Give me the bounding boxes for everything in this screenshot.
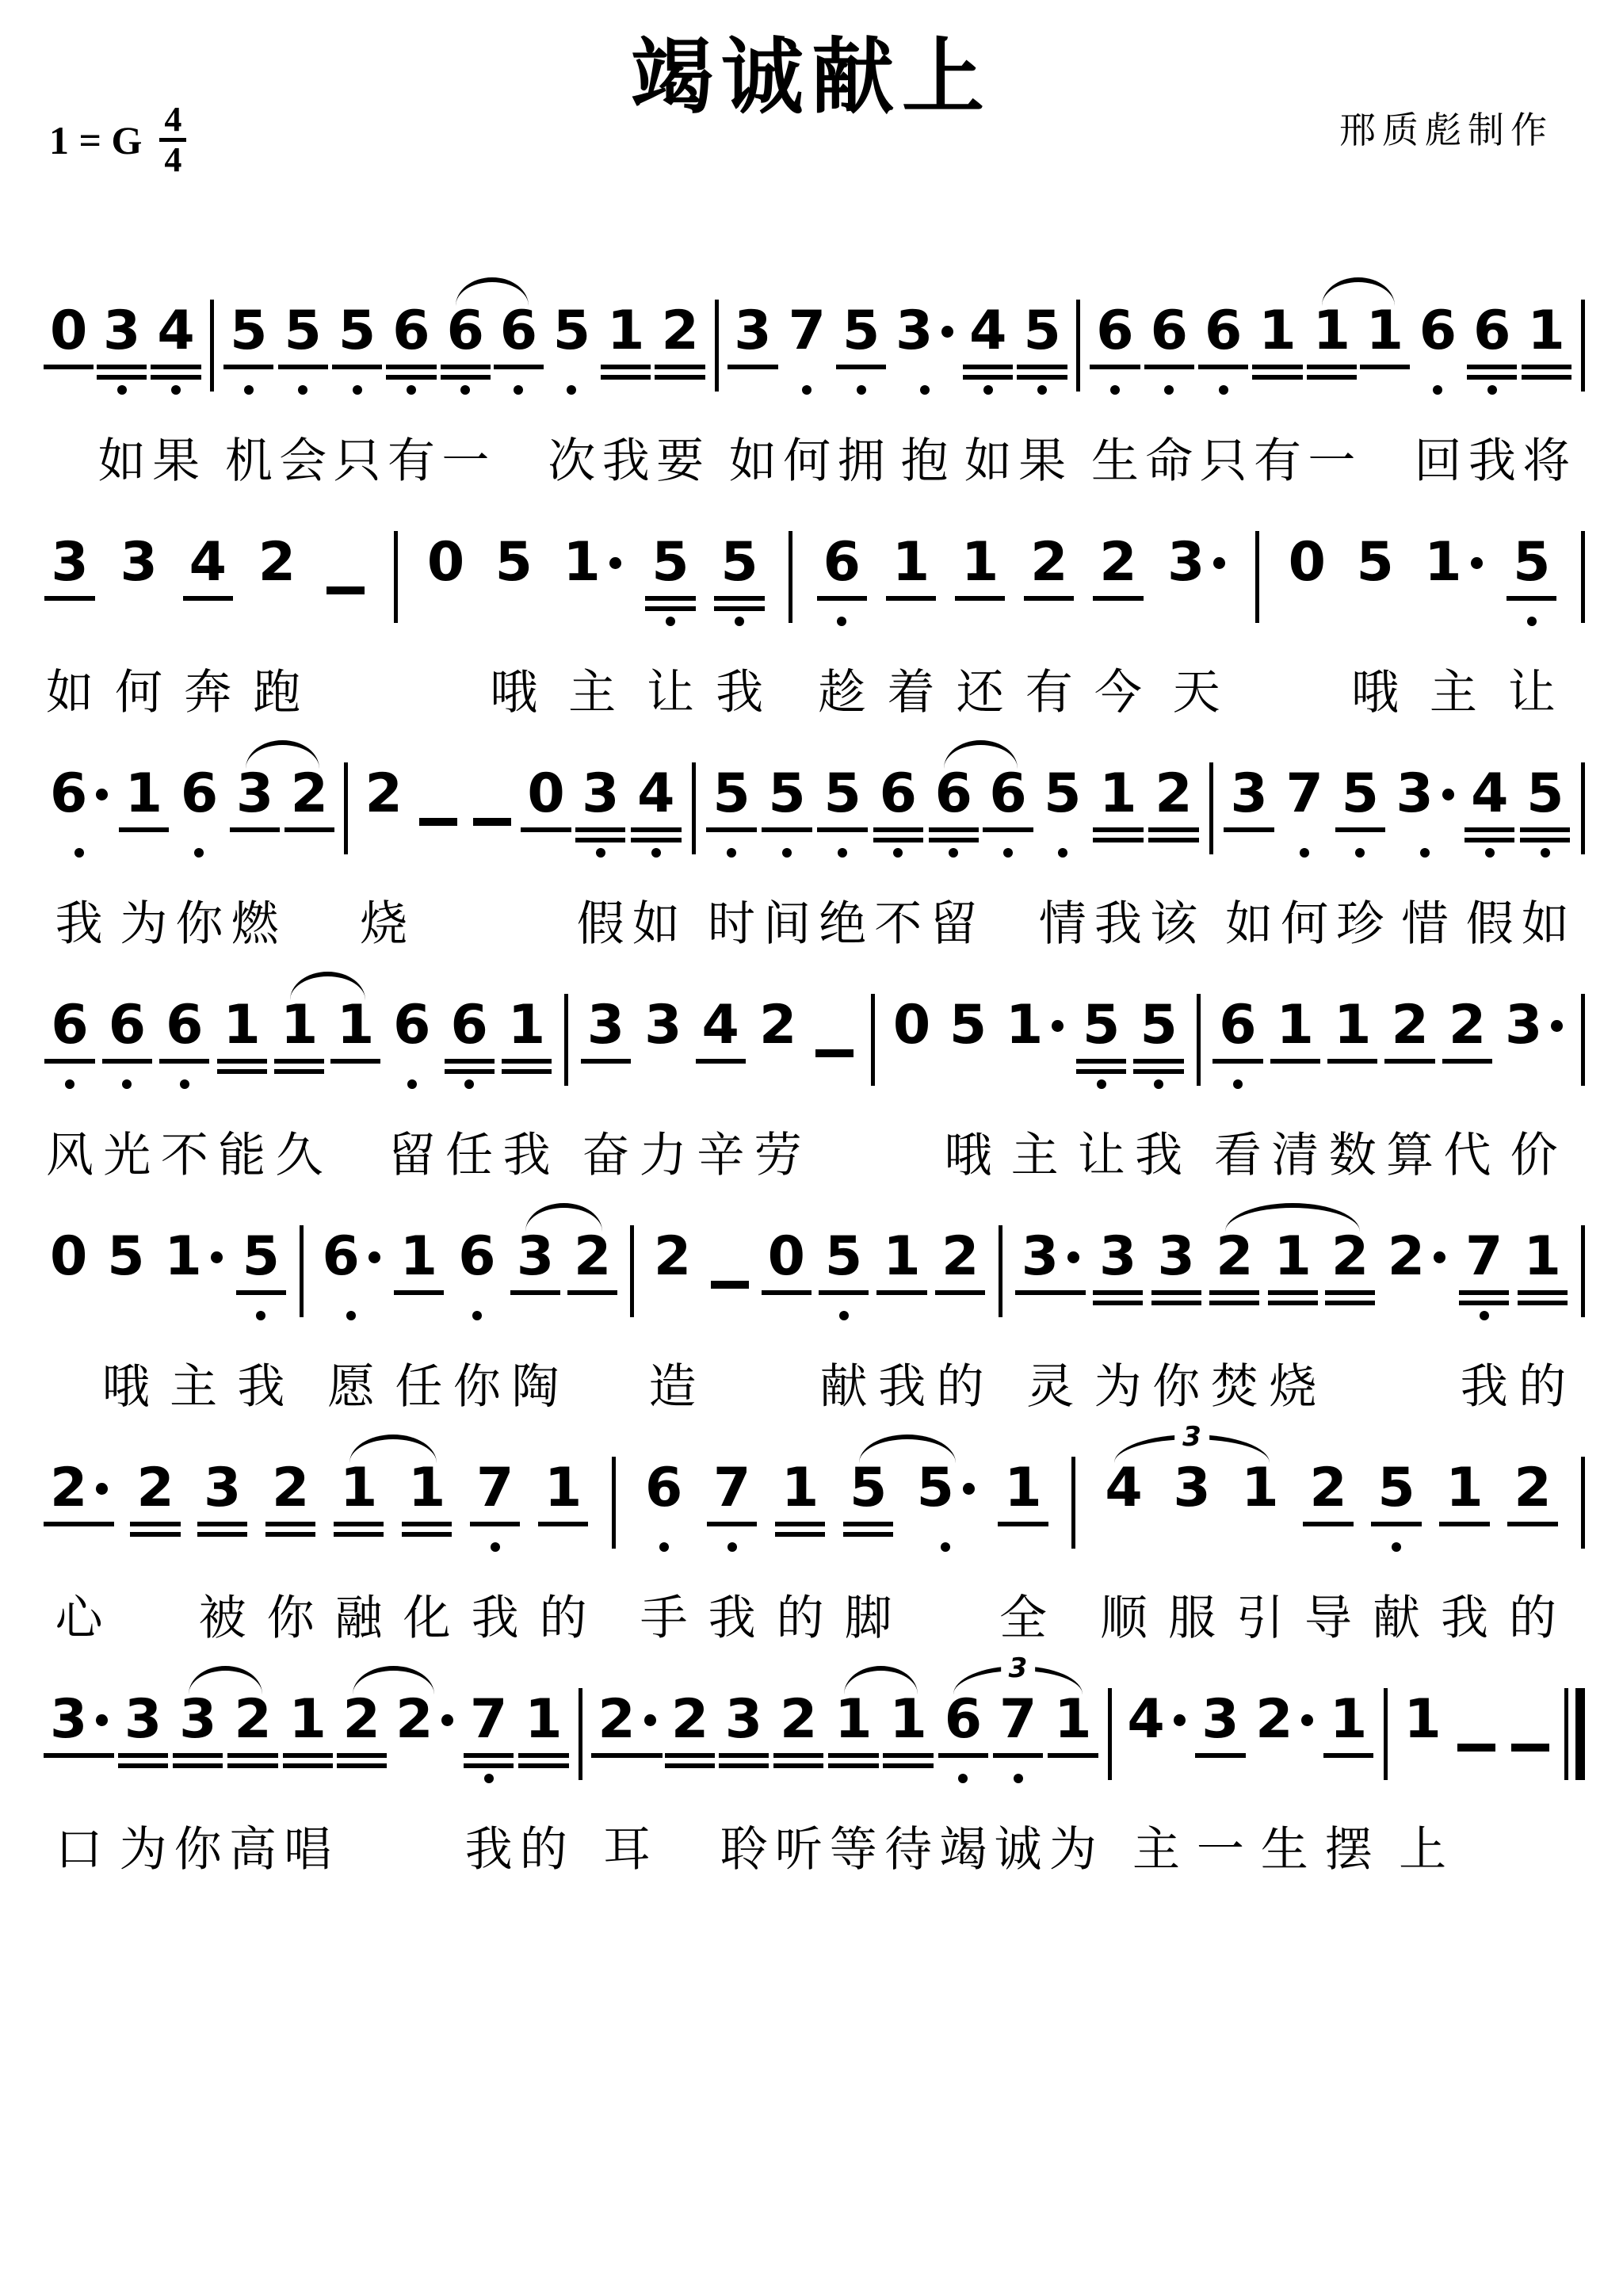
note-digit: 5 <box>1140 999 1177 1052</box>
note-digit: 1 <box>1277 999 1314 1052</box>
note-digit: 6 <box>1219 999 1256 1052</box>
note-digit: 5 <box>553 304 590 358</box>
lyric-syllable: 我 <box>878 1363 926 1411</box>
rest-note: 0 <box>521 739 571 948</box>
rest-note: 0 <box>421 507 471 716</box>
note: 2今 <box>1092 507 1144 716</box>
lyric-syllable: 抱 <box>901 437 949 485</box>
note-digit: 5 <box>242 1230 280 1284</box>
note-digit: 6 <box>1473 304 1510 358</box>
note: 3惜 <box>1389 739 1460 948</box>
note-digit: 6 <box>447 304 484 358</box>
beam-underline <box>998 1522 1048 1526</box>
barline <box>204 276 220 485</box>
lyric-syllable: 听 <box>775 1826 823 1874</box>
lyric-syllable: 的 <box>777 1595 824 1642</box>
lyric-syllable: 的 <box>937 1363 984 1411</box>
rest-note: 0 <box>1282 507 1332 716</box>
beam-underline <box>494 365 544 369</box>
lyric-syllable: 我 <box>1468 437 1516 485</box>
barline <box>572 1664 589 1874</box>
beam-underline <box>1442 1059 1492 1064</box>
note: 1全 <box>997 1433 1049 1642</box>
barline <box>1575 970 1591 1179</box>
beam-underline <box>1048 1753 1098 1758</box>
note: 5我 <box>1132 970 1185 1179</box>
beam-underline <box>173 1753 223 1758</box>
note-digit: 6 <box>458 1230 495 1284</box>
note: 4主 <box>1121 1664 1191 1874</box>
low-octave-dot <box>941 1542 950 1552</box>
lyric-syllable: 一 <box>1197 1826 1244 1874</box>
beam-underline <box>1371 1522 1421 1526</box>
lyric-syllable: 如 <box>98 437 146 485</box>
note: 3燃 <box>229 739 281 948</box>
low-octave-dot <box>666 617 675 626</box>
note-digit: 6 <box>51 999 88 1052</box>
lyric-syllable: 服 <box>1168 1595 1216 1642</box>
note: 3被 <box>197 1433 249 1642</box>
beam-underline <box>44 1059 94 1064</box>
lyric-syllable: 何 <box>1281 900 1328 948</box>
low-octave-dot <box>958 1774 968 1783</box>
beam-underline <box>97 365 147 369</box>
lyric-syllable: 你 <box>175 900 223 948</box>
barline-mark <box>1581 531 1585 623</box>
note: 5间 <box>761 739 813 948</box>
barline-mark <box>210 300 214 392</box>
beam-underline <box>1093 1290 1143 1295</box>
note: 4果 <box>150 276 202 485</box>
dash-mark <box>473 818 511 826</box>
low-octave-dot <box>920 385 930 395</box>
note-digit: 3 <box>1167 536 1205 590</box>
beam-underline <box>762 1290 811 1295</box>
note: 2要 <box>654 276 706 485</box>
note: 6任 <box>443 970 495 1179</box>
note: 6看 <box>1212 970 1264 1179</box>
note-digit: 5 <box>712 767 750 821</box>
low-octave-dot <box>1485 848 1495 858</box>
beam-underline <box>230 827 280 832</box>
low-octave-dot <box>484 1774 494 1783</box>
beam-underline <box>963 365 1013 369</box>
beam-underline <box>159 1059 209 1064</box>
note-digit: 5 <box>850 1461 887 1515</box>
beam-underline <box>938 1753 988 1758</box>
lyric-syllable: 的 <box>540 1595 587 1642</box>
note: 5让 <box>644 507 697 716</box>
note: 5哦 <box>100 1201 152 1411</box>
dash-extension <box>705 1201 755 1411</box>
beam-underline <box>935 1290 985 1295</box>
barline-mark <box>1581 1225 1585 1317</box>
rest-note: 0 <box>887 970 937 1179</box>
beam-underline <box>334 1532 384 1537</box>
note: 2 <box>567 1201 617 1411</box>
note: 4辛 <box>694 970 747 1179</box>
beam-underline <box>151 375 200 380</box>
beam-underline <box>334 1522 384 1526</box>
beam-underline <box>1090 365 1140 369</box>
note-digit: 5 <box>1083 999 1120 1052</box>
note: 1我 <box>501 970 553 1179</box>
beam-underline <box>518 1753 568 1758</box>
note: 5机 <box>223 276 275 485</box>
note-digit: 2 <box>1449 999 1486 1052</box>
barline-mark <box>715 300 719 392</box>
lyric-syllable: 被 <box>199 1595 246 1642</box>
lyric-syllable: 哦 <box>102 1363 150 1411</box>
note: 3如 <box>1223 739 1275 948</box>
note: 5会 <box>277 276 329 485</box>
note-digit: 3 <box>50 1693 87 1747</box>
lyric-syllable: 主 <box>1430 669 1477 716</box>
low-octave-dot <box>472 1311 482 1320</box>
lyric-syllable: 你 <box>267 1595 315 1642</box>
lyric-syllable: 要 <box>656 437 704 485</box>
note: 5只 <box>331 276 384 485</box>
note: 6留 <box>386 970 438 1179</box>
note: 6不 <box>158 970 211 1179</box>
note-digit: 0 <box>1289 536 1326 590</box>
beam-underline <box>44 1522 114 1526</box>
music-lines-container: 03如4果5机5会5只6有6一65次1我2要3如7何5拥3抱4如5果6生6命6只… <box>44 276 1591 1896</box>
note-digit: 3 <box>1022 1230 1059 1284</box>
note-digit: 3 <box>1230 767 1267 821</box>
low-octave-dot <box>1097 1079 1106 1089</box>
note: 1化 <box>401 1433 453 1642</box>
lyric-syllable: 何 <box>783 437 831 485</box>
augmentation-dot <box>941 326 953 338</box>
key-signature: 1 = G 4 4 <box>49 101 186 178</box>
note: 6我 <box>1466 276 1518 485</box>
note: 1 <box>1360 276 1410 485</box>
beam-underline <box>283 1763 333 1768</box>
note: 6 <box>494 276 544 485</box>
note: 2 <box>337 1664 387 1874</box>
beam-underline <box>441 365 491 369</box>
note-digit: 6 <box>50 767 87 821</box>
beam-underline <box>510 1290 560 1295</box>
note-digit: 2 <box>759 999 796 1052</box>
note: 3为 <box>1092 1201 1144 1411</box>
lyric-syllable: 我 <box>1441 1595 1488 1642</box>
low-octave-dot <box>1392 1542 1401 1552</box>
note: 1的 <box>517 1664 570 1874</box>
note-digit: 1 <box>1445 1461 1483 1515</box>
barline <box>992 1201 1009 1411</box>
note-digit: 5 <box>949 999 987 1052</box>
lyric-syllable: 任 <box>445 1132 493 1179</box>
beam-underline <box>1439 1522 1489 1526</box>
note-digit: 1 <box>1274 1230 1312 1284</box>
note-digit: 1 <box>781 1461 819 1515</box>
note-digit: 2 <box>1155 767 1192 821</box>
note-digit: 5 <box>768 767 805 821</box>
note-digit: 5 <box>1526 767 1564 821</box>
lyric-syllable: 只 <box>334 437 381 485</box>
lyric-syllable: 献 <box>1373 1595 1420 1642</box>
note-digit: 6 <box>1419 304 1457 358</box>
barline <box>1575 276 1591 485</box>
low-octave-dot <box>651 848 661 858</box>
beam-underline <box>873 838 923 842</box>
beam-underline <box>1467 375 1517 380</box>
beam-underline <box>762 827 811 832</box>
beam-underline <box>337 1753 387 1758</box>
music-line-2: 3如3何4奔2跑05哦1主5让5我6趁1着1还2有2今3天05哦1主5让 <box>44 507 1591 716</box>
note-digit: 2 <box>136 1461 174 1515</box>
lyric-syllable: 绝 <box>819 900 866 948</box>
note: 6不 <box>872 739 924 948</box>
note-digit: 5 <box>1356 536 1393 590</box>
note: 4如 <box>962 276 1014 485</box>
lyric-syllable: 你 <box>453 1363 501 1411</box>
beam-underline <box>601 365 651 369</box>
note-digit: 5 <box>1023 304 1060 358</box>
note-digit: 1 <box>508 999 545 1052</box>
note: 6风 <box>44 970 96 1179</box>
final-barline-mark <box>1564 1688 1585 1780</box>
note-digit: 1 <box>1366 304 1403 358</box>
lyric-syllable: 奔 <box>184 669 231 716</box>
low-octave-dot <box>514 385 523 395</box>
low-octave-dot <box>802 385 811 395</box>
beam-underline <box>394 1290 444 1295</box>
beam-underline <box>502 1069 552 1074</box>
note-digit: 6 <box>1205 304 1242 358</box>
low-octave-dot <box>1233 1079 1243 1089</box>
note: 3如 <box>96 276 148 485</box>
beam-underline <box>1520 838 1570 842</box>
note-digit: 1 <box>961 536 999 590</box>
beam-underline <box>183 596 233 601</box>
lyric-syllable: 如 <box>632 900 680 948</box>
lyric-syllable: 的 <box>1518 1363 1566 1411</box>
low-octave-dot <box>1058 848 1067 858</box>
note-digit: 5 <box>1342 767 1379 821</box>
lyric-syllable: 焚 <box>1211 1363 1258 1411</box>
beam-underline <box>1252 365 1302 369</box>
beam-underline <box>696 1059 746 1064</box>
beam-underline <box>1323 1753 1373 1758</box>
note: 4如 <box>630 739 682 948</box>
lyric-syllable: 何 <box>115 669 162 716</box>
note-digit: 1 <box>1006 999 1043 1052</box>
lyric-syllable: 不 <box>161 1132 208 1179</box>
beam-underline <box>445 1059 495 1064</box>
barline-mark <box>579 1688 582 1780</box>
note-digit: 2 <box>395 1693 433 1747</box>
low-octave-dot <box>407 385 416 395</box>
beam-underline <box>217 1069 267 1074</box>
lyric-syllable: 你 <box>174 1826 222 1874</box>
note-digit: 5 <box>107 1230 144 1284</box>
beam-underline <box>929 827 979 832</box>
note: 6 <box>983 739 1033 948</box>
note: 3为 <box>117 1664 170 1874</box>
note-digit: 2 <box>1331 1230 1369 1284</box>
low-octave-dot <box>857 385 866 395</box>
lyric-syllable: 烧 <box>360 900 407 948</box>
note: 3天 <box>1161 507 1232 716</box>
note: 2高 <box>227 1664 279 1874</box>
note: 2该 <box>1148 739 1200 948</box>
note-digit: 5 <box>917 1461 954 1515</box>
note: 2 <box>1381 1201 1452 1411</box>
note-digit: 6 <box>322 1230 359 1284</box>
beam-underline <box>1076 1069 1126 1074</box>
lyric-syllable: 上 <box>1399 1826 1446 1874</box>
note: 1还 <box>954 507 1006 716</box>
beam-underline <box>714 596 764 601</box>
lyric-syllable: 你 <box>1152 1363 1200 1411</box>
note-digit: 6 <box>945 1693 982 1747</box>
note: 2跑 <box>250 507 303 716</box>
note-digit: 3 <box>124 1693 162 1747</box>
note: 1 <box>330 970 380 1179</box>
lyric-syllable: 生 <box>1091 437 1139 485</box>
beam-underline <box>278 365 328 369</box>
dash-mark <box>419 818 457 826</box>
lyric-syllable: 我 <box>708 1595 756 1642</box>
beam-underline <box>883 1763 933 1768</box>
barline <box>865 970 881 1179</box>
lyric-syllable: 我 <box>1094 900 1142 948</box>
beam-underline <box>645 596 695 601</box>
note-digit: 2 <box>1099 536 1136 590</box>
low-octave-dot <box>353 385 362 395</box>
beam-underline <box>1017 375 1067 380</box>
lyric-syllable: 献 <box>820 1363 868 1411</box>
note: 3如 <box>727 276 779 485</box>
note: 5哦 <box>487 507 540 716</box>
note-digit: 6 <box>645 1461 682 1515</box>
note-digit: 7 <box>999 1693 1037 1747</box>
note-digit: 2 <box>258 536 296 590</box>
beam-underline <box>819 1290 869 1295</box>
beam-underline <box>332 365 382 369</box>
note-digit: 1 <box>1099 767 1136 821</box>
beam-underline <box>1209 1301 1259 1305</box>
note-digit: 2 <box>1255 1693 1293 1747</box>
low-octave-dot <box>1433 385 1442 395</box>
note: 6手 <box>638 1433 690 1642</box>
beam-underline <box>1093 1301 1143 1305</box>
note: 1摆 <box>1323 1664 1375 1874</box>
note-digit: 3 <box>644 999 682 1052</box>
note: 1主 <box>999 970 1070 1179</box>
lyric-syllable: 间 <box>763 900 811 948</box>
beam-underline <box>1465 827 1514 832</box>
note-digit: 0 <box>50 1230 87 1284</box>
beam-underline <box>283 1753 333 1758</box>
note: 6一 <box>439 276 491 485</box>
note-digit: 1 <box>834 1693 872 1747</box>
beam-underline <box>1467 365 1517 369</box>
beam-underline <box>707 1522 757 1526</box>
note: 2代 <box>1442 970 1494 1179</box>
beam-underline <box>1093 838 1143 842</box>
note-digit: 6 <box>181 767 218 821</box>
barline-mark <box>1255 531 1259 623</box>
barline-mark <box>789 531 792 623</box>
note: 5绝 <box>816 739 869 948</box>
note-digit: 2 <box>1514 1461 1551 1515</box>
beam-underline <box>828 1763 878 1768</box>
barline-mark <box>1384 1688 1388 1780</box>
note: 1的 <box>537 1433 590 1642</box>
note-digit: 6 <box>166 999 203 1052</box>
lyric-syllable: 辛 <box>697 1132 744 1179</box>
beam-underline <box>631 827 681 832</box>
low-octave-dot <box>1355 848 1365 858</box>
augmentation-dot <box>96 1714 108 1726</box>
note-digit: 6 <box>1096 304 1133 358</box>
dash-mark <box>1457 1744 1495 1752</box>
note-digit: 3 <box>1505 999 1542 1052</box>
lyric-syllable: 陶 <box>511 1363 559 1411</box>
low-octave-dot <box>180 1079 189 1089</box>
augmentation-dot <box>963 1483 975 1495</box>
low-octave-dot <box>1003 848 1013 858</box>
note-digit: 1 <box>400 1230 437 1284</box>
note: 2 <box>130 1433 180 1642</box>
lyric-syllable: 果 <box>1018 437 1066 485</box>
note: 1主 <box>1418 507 1488 716</box>
note-digit: 2 <box>941 1230 979 1284</box>
beam-underline <box>601 375 651 380</box>
beam-underline <box>1133 1059 1183 1064</box>
note-digit: 3 <box>236 767 273 821</box>
low-octave-dot <box>1154 1079 1163 1089</box>
augmentation-dot <box>211 1251 223 1263</box>
lyric-syllable: 灵 <box>1026 1363 1074 1411</box>
note: 2耳 <box>591 1664 662 1874</box>
lyric-syllable: 拥 <box>838 437 885 485</box>
beam-underline <box>843 1522 893 1526</box>
beam-underline <box>102 1059 152 1064</box>
beam-underline <box>130 1532 180 1537</box>
lyric-syllable: 主 <box>1132 1826 1180 1874</box>
beam-underline <box>773 1763 823 1768</box>
note-digit: 1 <box>223 999 261 1052</box>
beam-underline <box>1459 1290 1509 1295</box>
note: 6生 <box>1089 276 1141 485</box>
low-octave-dot <box>491 1542 500 1552</box>
note-digit: 4 <box>1105 1461 1142 1515</box>
beam-underline <box>719 1763 769 1768</box>
lyric-syllable: 导 <box>1304 1595 1352 1642</box>
beam-underline <box>655 375 705 380</box>
lyric-syllable: 燃 <box>231 900 279 948</box>
jianpu-sheet: 竭诚献上 1 = G 4 4 邢质彪制作 03如4果5机5会5只6有6一65次1… <box>0 0 1623 2296</box>
lyric-syllable: 口 <box>55 1826 103 1874</box>
note-digit: 2 <box>272 1461 309 1515</box>
augmentation-dot <box>609 557 621 569</box>
lyric-syllable: 我 <box>472 1595 519 1642</box>
note: 4奔 <box>181 507 234 716</box>
note-digit: 7 <box>476 1461 514 1515</box>
beam-underline <box>963 375 1013 380</box>
note: 6你 <box>173 739 225 948</box>
lyric-syllable: 任 <box>395 1363 442 1411</box>
note: 2生 <box>1249 1664 1319 1874</box>
augmentation-dot <box>1551 1020 1563 1032</box>
lyric-syllable: 顺 <box>1100 1595 1148 1642</box>
beam-underline <box>464 1753 514 1758</box>
